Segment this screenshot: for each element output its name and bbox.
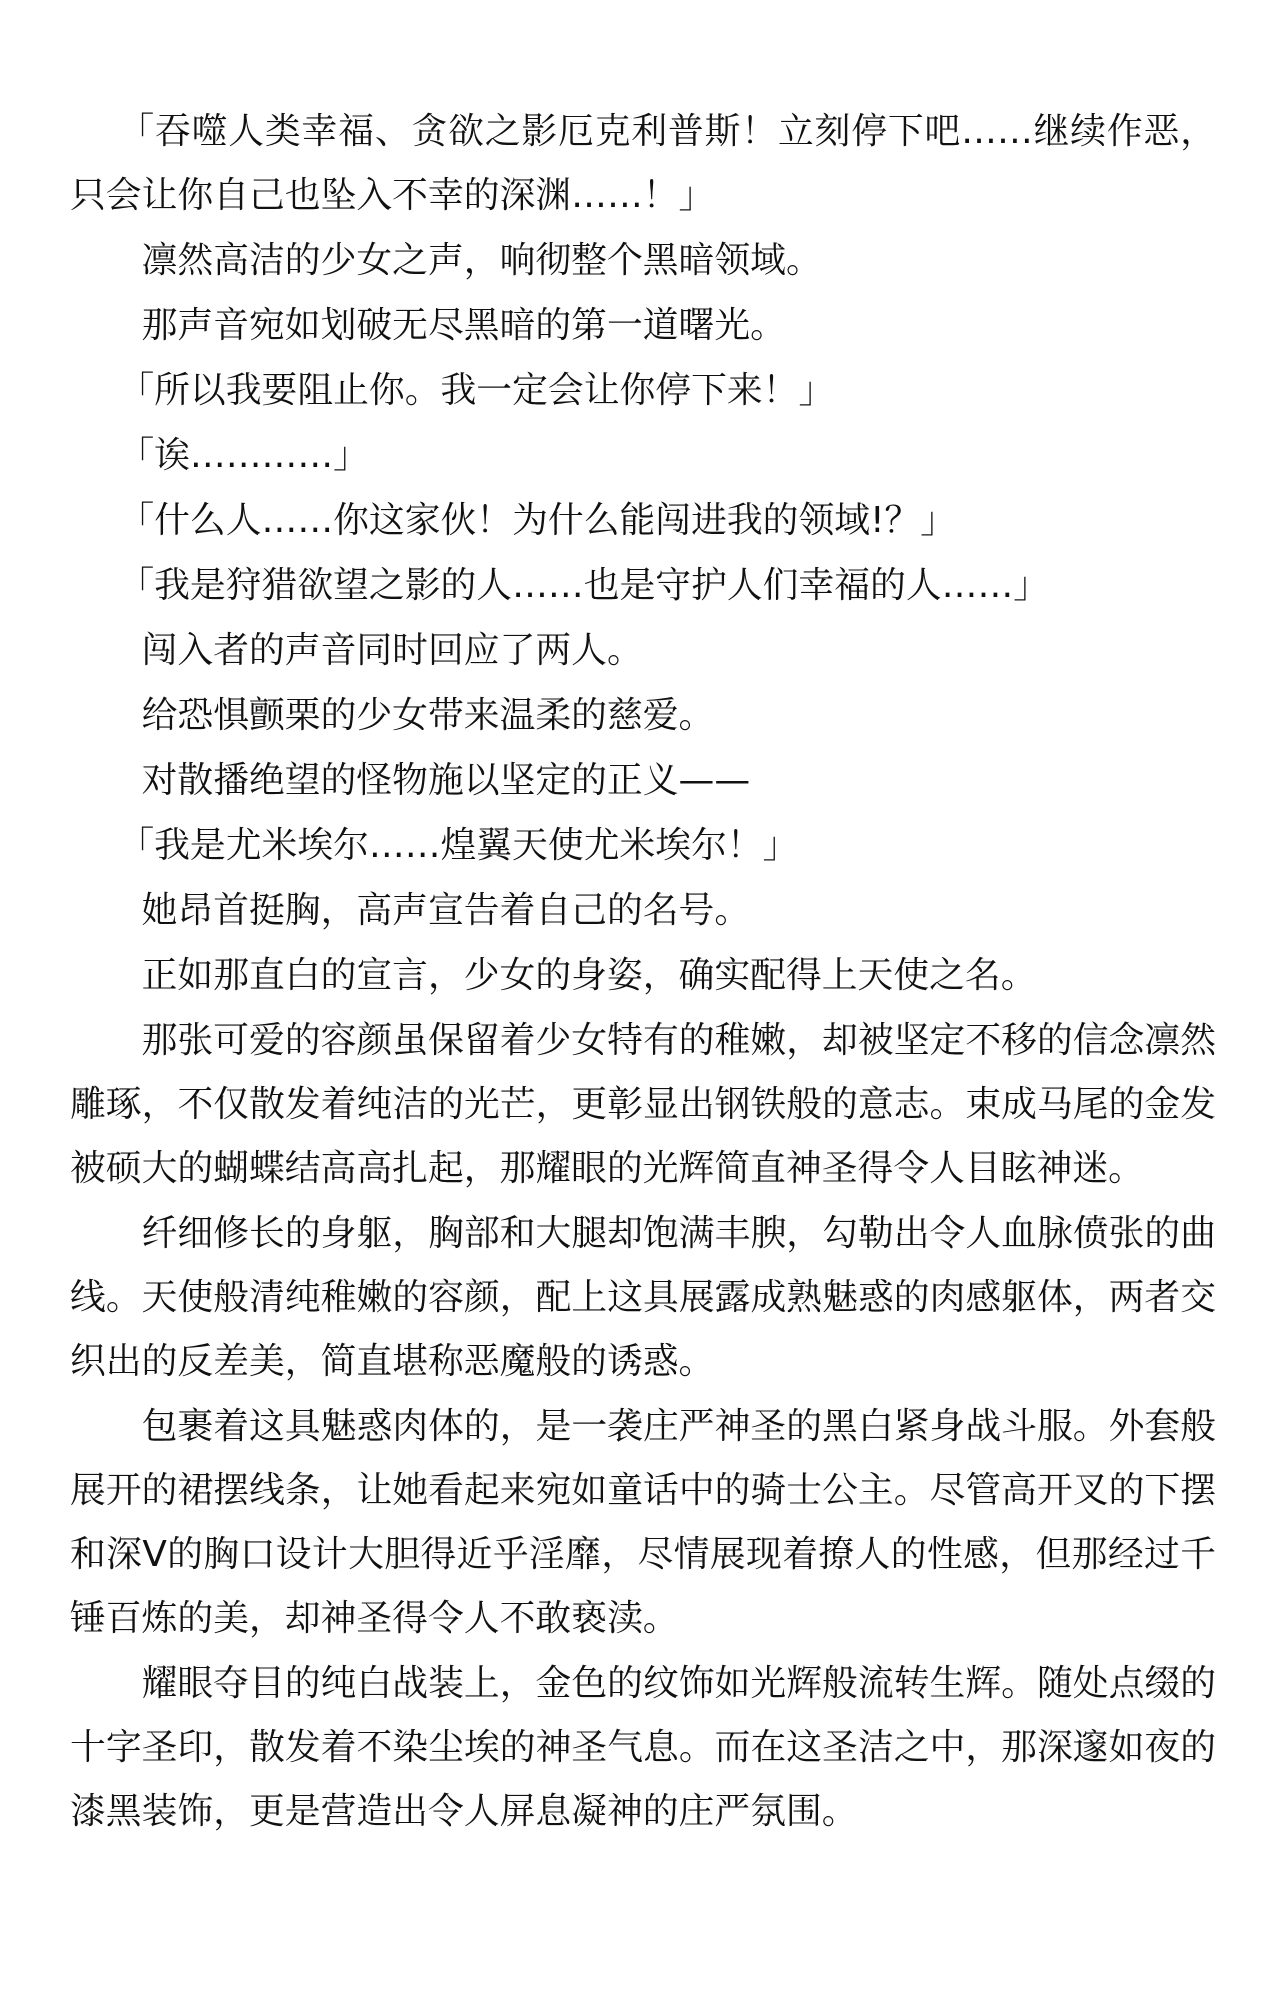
- paragraph-dialogue: 「什么人……你这家伙！为什么能闯进我的领域!？」: [70, 489, 1216, 553]
- paragraph-narration: 纤细修长的身躯，胸部和大腿却饱满丰腴，勾勒出令人血脉偾张的曲线。天使般清纯稚嫩的…: [70, 1202, 1216, 1394]
- paragraph-dialogue: 「我是尤米埃尔……煌翼天使尤米埃尔！」: [70, 814, 1216, 878]
- paragraph-dialogue: 「所以我要阻止你。我一定会让你停下来！」: [70, 359, 1216, 423]
- paragraph-narration: 她昂首挺胸，高声宣告着自己的名号。: [70, 879, 1216, 943]
- paragraph-dialogue: 「诶…………」: [70, 424, 1216, 488]
- paragraph-narration: 包裹着这具魅惑肉体的，是一袭庄严神圣的黑白紧身战斗服。外套般展开的裙摆线条，让她…: [70, 1395, 1216, 1651]
- paragraph-narration: 对散播绝望的怪物施以坚定的正义——: [70, 749, 1216, 813]
- paragraph-narration: 耀眼夺目的纯白战装上，金色的纹饰如光辉般流转生辉。随处点缀的十字圣印，散发着不染…: [70, 1652, 1216, 1844]
- paragraph-narration: 给恐惧颤栗的少女带来温柔的慈爱。: [70, 684, 1216, 748]
- paragraph-narration: 闯入者的声音同时回应了两人。: [70, 619, 1216, 683]
- paragraph-narration: 那声音宛如划破无尽黑暗的第一道曙光。: [70, 294, 1216, 358]
- document-page: 「吞噬人类幸福、贪欲之影厄克利普斯！立刻停下吧……继续作恶，只会让你自己也坠入不…: [70, 100, 1216, 1845]
- paragraph-narration: 凛然高洁的少女之声，响彻整个黑暗领域。: [70, 229, 1216, 293]
- paragraph-narration: 那张可爱的容颜虽保留着少女特有的稚嫩，却被坚定不移的信念凛然雕琢，不仅散发着纯洁…: [70, 1009, 1216, 1201]
- paragraph-dialogue: 「吞噬人类幸福、贪欲之影厄克利普斯！立刻停下吧……继续作恶，只会让你自己也坠入不…: [70, 100, 1216, 228]
- paragraph-narration: 正如那直白的宣言，少女的身姿，确实配得上天使之名。: [70, 944, 1216, 1008]
- paragraph-dialogue: 「我是狩猎欲望之影的人……也是守护人们幸福的人……」: [70, 554, 1216, 618]
